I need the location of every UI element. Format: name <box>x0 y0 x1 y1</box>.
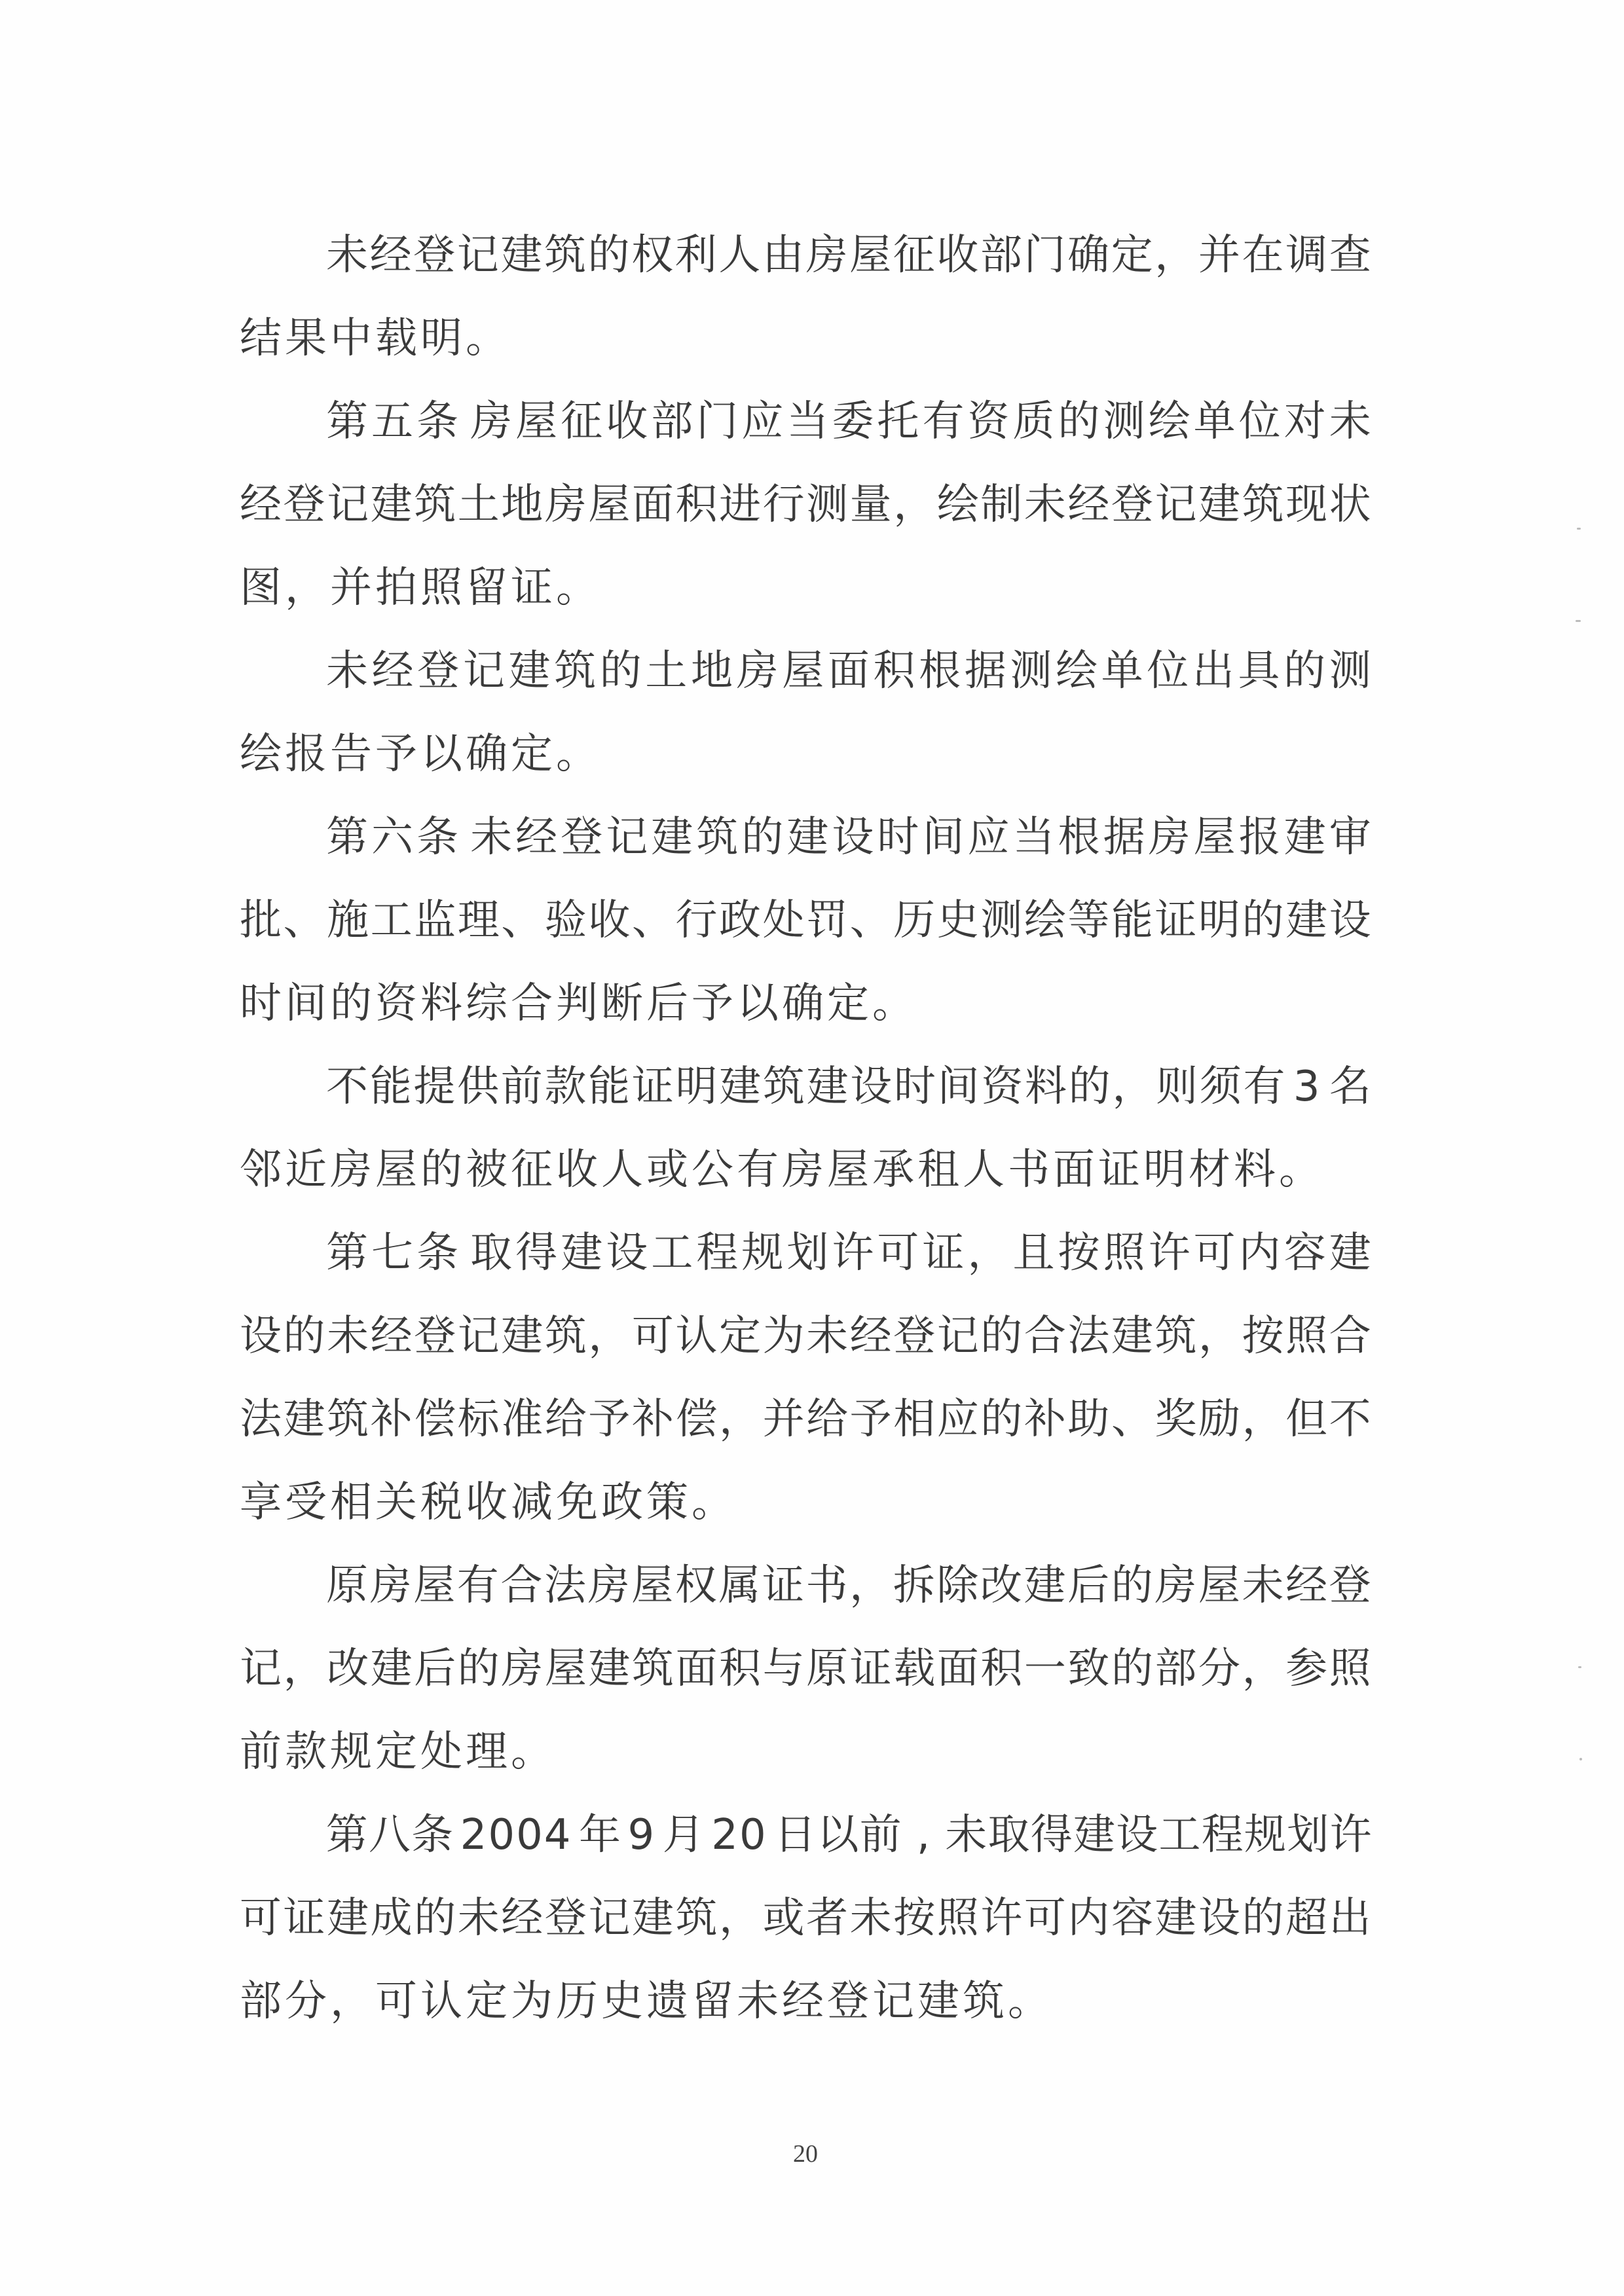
glyph: 经 <box>500 1889 544 1948</box>
glyph: 一 <box>1024 1639 1067 1698</box>
glyph: 明 <box>1198 891 1241 950</box>
glyph: ， <box>1111 1057 1154 1116</box>
glyph: 建 <box>1073 1806 1115 1865</box>
glyph: 料 <box>1233 1140 1276 1199</box>
glyph: 具 <box>1238 642 1281 701</box>
glyph: 登 <box>560 808 603 867</box>
glyph: 建 <box>650 808 693 867</box>
body-text: 未经登记建筑的权利人由房屋征收部门确定，并在调查 结果中载明。 第五条房屋征收部… <box>239 226 1372 2055</box>
glyph: 建 <box>786 808 829 867</box>
glyph: 收 <box>936 226 979 285</box>
glyph: 记 <box>1154 475 1197 534</box>
glyph: 确 <box>781 974 824 1033</box>
glyph: 后 <box>646 974 689 1033</box>
glyph: 现 <box>1285 475 1328 534</box>
glyph: 收 <box>465 1473 508 1532</box>
glyph: 未 <box>1329 392 1372 451</box>
glyph: 设 <box>1198 1889 1241 1948</box>
glyph: 建 <box>1111 1307 1154 1366</box>
glyph: 合 <box>1024 1307 1067 1366</box>
glyph: 。 <box>465 309 508 368</box>
glyph: 确 <box>465 725 508 784</box>
article-7-line: 第七条取得建设工程规划许可证，且按照许可内容建 <box>239 1224 1372 1307</box>
glyph: 监 <box>413 891 456 950</box>
glyph: 历 <box>555 1972 599 2031</box>
glyph: 积 <box>980 1639 1023 1698</box>
glyph: 致 <box>1067 1639 1110 1698</box>
glyph: 建 <box>587 1639 631 1698</box>
glyph: 未 <box>1024 475 1067 534</box>
glyph: 时 <box>876 808 919 867</box>
glyph: ， <box>1198 1307 1241 1366</box>
glyph: 划 <box>1287 1806 1329 1865</box>
glyph: 定 <box>1111 226 1154 285</box>
glyph: 助 <box>1067 1390 1110 1449</box>
glyph: 或 <box>646 1140 689 1199</box>
glyph: 经 <box>239 475 282 534</box>
glyph: 改 <box>326 1639 369 1698</box>
glyph: 屋 <box>544 1639 587 1698</box>
glyph: 规 <box>1244 1806 1286 1865</box>
text-line: 记，改建后的房屋建筑面积与原证载面积一致的部分，参照 <box>239 1639 1372 1722</box>
glyph: ， <box>718 1889 762 1948</box>
glyph: 相 <box>329 1473 373 1532</box>
glyph: 近 <box>284 1140 327 1199</box>
glyph: 的 <box>283 1307 326 1366</box>
glyph: 、 <box>849 891 893 950</box>
glyph: 条 <box>416 1224 459 1283</box>
glyph: 登 <box>1329 1556 1372 1615</box>
scan-speck <box>1578 1666 1581 1668</box>
glyph: 据 <box>1103 808 1146 867</box>
glyph: 面 <box>1052 1140 1096 1199</box>
glyph: 质 <box>1012 392 1056 451</box>
glyph: 工 <box>1158 1806 1201 1865</box>
glyph: 屋 <box>826 1140 870 1199</box>
glyph: 条 <box>411 1806 454 1865</box>
glyph: 处 <box>762 891 805 950</box>
glyph: 五 <box>371 392 414 451</box>
glyph: 当 <box>786 392 829 451</box>
glyph: 土 <box>644 642 688 701</box>
glyph: 条 <box>416 392 459 451</box>
glyph: 时 <box>239 974 282 1033</box>
glyph: 屋 <box>849 226 892 285</box>
glyph: 有 <box>736 1140 779 1199</box>
glyph: 。 <box>555 558 599 617</box>
glyph: 划 <box>786 1224 829 1283</box>
glyph: 制 <box>980 475 1023 534</box>
glyph: 建 <box>631 1889 674 1948</box>
glyph: 登 <box>1111 475 1154 534</box>
glyph: 取 <box>987 1806 1030 1865</box>
glyph: 不 <box>325 1057 369 1116</box>
glyph: 施 <box>326 891 369 950</box>
glyph: 建 <box>1024 1556 1067 1615</box>
glyph: 设 <box>831 808 874 867</box>
glyph: 屋 <box>1193 808 1236 867</box>
glyph: 提 <box>413 1057 456 1116</box>
glyph: 。 <box>510 1722 553 1781</box>
glyph: 2004 <box>460 1806 572 1865</box>
glyph: 等 <box>1067 891 1110 950</box>
glyph: 建 <box>560 1224 603 1283</box>
glyph: 。 <box>691 1473 734 1532</box>
glyph: 进 <box>718 475 762 534</box>
glyph: 屋 <box>375 1140 418 1199</box>
glyph: 屋 <box>631 1556 674 1615</box>
glyph: 、 <box>1111 1390 1154 1449</box>
glyph: 筑 <box>962 1972 1005 2031</box>
glyph: 据 <box>964 642 1007 701</box>
glyph: 、 <box>283 891 326 950</box>
text-line: 邻近房屋的被征收人或公有房屋承租人书面证明材料。 <box>239 1140 1372 1224</box>
glyph: 人 <box>962 1140 1005 1199</box>
glyph: 登 <box>544 1889 587 1948</box>
glyph: 证 <box>510 558 553 617</box>
glyph: 利 <box>674 226 718 285</box>
glyph: 可 <box>876 1224 919 1283</box>
glyph: 日 <box>774 1806 817 1865</box>
glyph: 未 <box>736 1972 779 2031</box>
glyph: 拆 <box>893 1556 936 1615</box>
glyph: 偿 <box>413 1390 456 1449</box>
glyph: 位 <box>1238 392 1282 451</box>
glyph: 的 <box>329 974 373 1033</box>
glyph: 偿 <box>674 1390 718 1449</box>
glyph: 的 <box>1111 1556 1154 1615</box>
glyph: 未 <box>325 226 369 285</box>
glyph: 可 <box>1193 1224 1236 1283</box>
glyph: 批 <box>239 891 282 950</box>
glyph: 经 <box>1285 1556 1328 1615</box>
glyph: 房 <box>329 1140 373 1199</box>
glyph: 未 <box>457 1889 500 1948</box>
glyph: 收 <box>555 1140 599 1199</box>
glyph: 筑 <box>553 642 597 701</box>
glyph: ， <box>1154 226 1197 285</box>
text-line: 经登记建筑土地房屋面积进行测量，绘制未经登记建筑现状 <box>239 475 1372 558</box>
glyph: 经 <box>1067 475 1110 534</box>
glyph: 未 <box>470 808 513 867</box>
glyph: 绘 <box>239 725 282 784</box>
glyph: 房 <box>500 1639 544 1698</box>
glyph: 当 <box>1012 808 1056 867</box>
glyph: 照 <box>1329 1639 1372 1698</box>
glyph: 能 <box>369 1057 413 1116</box>
glyph: 公 <box>691 1140 734 1199</box>
glyph: 房 <box>781 1140 824 1199</box>
glyph: 经 <box>370 1307 413 1366</box>
glyph: 给 <box>544 1390 587 1449</box>
glyph: 未 <box>325 642 369 701</box>
glyph: 土 <box>457 475 500 534</box>
glyph: 房 <box>805 226 849 285</box>
glyph: 收 <box>605 392 648 451</box>
glyph: 改 <box>980 1556 1023 1615</box>
glyph: 房 <box>736 642 779 701</box>
glyph: 款 <box>544 1057 587 1116</box>
text-line: 结果中载明。 <box>239 309 1372 392</box>
glyph: 超 <box>1285 1889 1328 1948</box>
glyph: 明 <box>675 1057 718 1116</box>
glyph: 以 <box>420 725 463 784</box>
glyph: 经 <box>515 808 558 867</box>
glyph: 按 <box>1242 1307 1285 1366</box>
glyph: 记 <box>936 1307 980 1366</box>
glyph: 关 <box>375 1473 418 1532</box>
glyph: 理 <box>457 891 500 950</box>
glyph: 取 <box>470 1224 513 1283</box>
glyph: 测 <box>1329 642 1372 701</box>
glyph: 照 <box>1285 1307 1328 1366</box>
glyph: 时 <box>893 1057 936 1116</box>
glyph: 筑 <box>762 1057 805 1116</box>
glyph: 状 <box>1329 475 1372 534</box>
glyph: 许 <box>1329 1806 1372 1865</box>
glyph: 部 <box>980 226 1023 285</box>
glyph: 并 <box>1198 226 1241 285</box>
glyph: 容 <box>1283 1224 1327 1283</box>
glyph: 可 <box>631 1307 674 1366</box>
glyph: 的 <box>980 1307 1023 1366</box>
glyph: 合 <box>1329 1307 1372 1366</box>
glyph: 程 <box>1201 1806 1244 1865</box>
document-page: 未经登记建筑的权利人由房屋征收部门确定，并在调查 结果中载明。 第五条房屋征收部… <box>0 0 1624 2296</box>
glyph: 记 <box>587 1889 631 1948</box>
glyph: 间 <box>937 1057 980 1116</box>
glyph: 地 <box>690 642 733 701</box>
glyph: 。 <box>1278 1140 1321 1199</box>
glyph: 相 <box>893 1390 936 1449</box>
glyph: 或 <box>762 1889 805 1948</box>
glyph: 征 <box>510 1140 553 1199</box>
glyph: ， <box>329 1972 373 2031</box>
glyph: 准 <box>500 1390 544 1449</box>
glyph: 则 <box>1155 1057 1198 1116</box>
glyph: 补 <box>631 1390 674 1449</box>
glyph: 给 <box>805 1390 849 1449</box>
glyph: 未 <box>805 1307 849 1366</box>
glyph: 屋 <box>515 392 558 451</box>
glyph: 测 <box>805 475 849 534</box>
glyph: 审 <box>1329 808 1372 867</box>
text-line: 前款规定处理。 <box>239 1722 1372 1806</box>
glyph: 果 <box>284 309 327 368</box>
glyph: 对 <box>1283 392 1327 451</box>
glyph: 。 <box>872 974 915 1033</box>
glyph: 的 <box>741 808 784 867</box>
glyph: 后 <box>1067 1556 1110 1615</box>
glyph: 设 <box>605 1224 648 1283</box>
glyph: 的 <box>1058 392 1101 451</box>
glyph: 面 <box>936 1639 980 1698</box>
glyph: 除 <box>936 1556 979 1615</box>
glyph: 记 <box>456 226 500 285</box>
glyph: ， <box>967 1224 1010 1283</box>
glyph: ， <box>283 1639 326 1698</box>
glyph: 得 <box>1030 1806 1073 1865</box>
glyph: 以 <box>736 974 779 1033</box>
glyph: 单 <box>1193 392 1236 451</box>
glyph: 补 <box>370 1390 413 1449</box>
glyph: 月 <box>662 1806 705 1865</box>
glyph: 、 <box>500 891 544 950</box>
glyph: 承 <box>872 1140 915 1199</box>
glyph: 予 <box>691 974 734 1033</box>
glyph: 应 <box>967 808 1010 867</box>
glyph: 并 <box>762 1390 805 1449</box>
glyph: 政 <box>718 891 762 950</box>
glyph: 与 <box>762 1639 805 1698</box>
glyph: 筑 <box>695 808 739 867</box>
glyph: 。 <box>1007 1972 1050 2031</box>
glyph: 资 <box>980 1057 1024 1116</box>
glyph: 屋 <box>587 475 631 534</box>
glyph: 根 <box>1058 808 1101 867</box>
glyph: 有 <box>1242 1057 1285 1116</box>
glyph: 测 <box>980 891 1023 950</box>
glyph: 法 <box>239 1390 282 1449</box>
glyph: 的 <box>1283 642 1326 701</box>
glyph: 者 <box>805 1889 849 1948</box>
glyph: 地 <box>500 475 544 534</box>
glyph: ， <box>1242 1639 1285 1698</box>
text-line: 批、施工监理、验收、行政处罚、历史测绘等能证明的建设 <box>239 891 1372 974</box>
glyph: 税 <box>420 1473 463 1532</box>
glyph: 明 <box>1143 1140 1186 1199</box>
glyph: 认 <box>420 1972 463 2031</box>
glyph: 出 <box>1192 642 1235 701</box>
glyph: 证 <box>762 1556 805 1615</box>
glyph: 的 <box>413 1889 456 1948</box>
glyph: 未 <box>849 1889 893 1948</box>
glyph: 应 <box>741 392 784 451</box>
glyph: 部 <box>1154 1639 1197 1698</box>
glyph: 条 <box>416 808 459 867</box>
glyph: 建 <box>1154 1889 1197 1948</box>
glyph: 报 <box>1238 808 1282 867</box>
glyph: 程 <box>695 1224 739 1283</box>
glyph: 屋 <box>413 1556 456 1615</box>
glyph: 证 <box>849 1639 893 1698</box>
glyph: 补 <box>1024 1390 1067 1449</box>
glyph: 建 <box>1283 808 1327 867</box>
glyph: 筑 <box>413 475 456 534</box>
glyph: ， <box>284 558 327 617</box>
glyph: 享 <box>239 1473 282 1532</box>
glyph: 设 <box>849 1057 893 1116</box>
glyph: ， <box>849 1556 892 1615</box>
glyph: 在 <box>1241 226 1284 285</box>
glyph: 免 <box>555 1473 599 1532</box>
glyph: 建 <box>718 1057 762 1116</box>
glyph: 工 <box>370 891 413 950</box>
glyph: 绘 <box>936 475 980 534</box>
glyph: 明 <box>420 309 463 368</box>
glyph: 绘 <box>1148 392 1191 451</box>
glyph: 建 <box>370 475 413 534</box>
glyph: 料 <box>1024 1057 1067 1116</box>
glyph: 原 <box>325 1556 369 1615</box>
glyph: 史 <box>936 891 980 950</box>
glyph: 人 <box>600 1140 644 1199</box>
text-line: 图，并拍照留证。 <box>239 558 1372 642</box>
glyph: 的 <box>980 1390 1023 1449</box>
glyph: 属 <box>718 1556 761 1615</box>
glyph: 筑 <box>326 1390 369 1449</box>
text-line: 不能提供前款能证明建筑建设时间资料的，则须有3名 <box>239 1057 1372 1140</box>
glyph: 名 <box>1329 1057 1372 1116</box>
glyph: 面 <box>631 475 674 534</box>
glyph: 第 <box>325 392 369 451</box>
glyph: 规 <box>741 1224 784 1283</box>
glyph: 房 <box>369 1556 413 1615</box>
glyph: 载 <box>893 1639 936 1698</box>
glyph: 人 <box>718 226 761 285</box>
glyph: 定 <box>826 974 870 1033</box>
glyph: 面 <box>674 1639 718 1698</box>
glyph: 法 <box>544 1556 587 1615</box>
glyph: 分 <box>1198 1639 1241 1698</box>
text-line: 未经登记建筑的土地房屋面积根据测绘单位出具的测 <box>239 642 1372 725</box>
glyph: 定 <box>375 1722 418 1781</box>
glyph: 政 <box>600 1473 644 1532</box>
glyph: 建 <box>1285 891 1328 950</box>
glyph: 图 <box>239 558 282 617</box>
glyph: 门 <box>1024 226 1067 285</box>
glyph: 筑 <box>544 226 587 285</box>
glyph: 间 <box>921 808 965 867</box>
page-number: 20 <box>786 2140 825 2168</box>
glyph: 参 <box>1285 1639 1328 1698</box>
glyph: 筑 <box>544 1307 587 1366</box>
glyph: 查 <box>1329 226 1372 285</box>
glyph: 间 <box>284 974 327 1033</box>
glyph: 被 <box>465 1140 508 1199</box>
glyph: 留 <box>691 1972 734 2031</box>
glyph: 建 <box>370 1639 413 1698</box>
glyph: 房 <box>470 392 513 451</box>
glyph: 3 <box>1293 1057 1321 1116</box>
glyph: 判 <box>555 974 599 1033</box>
glyph: 能 <box>1111 891 1154 950</box>
glyph: 材 <box>1188 1140 1231 1199</box>
glyph: 出 <box>1329 1889 1372 1948</box>
glyph: 设 <box>1116 1806 1158 1865</box>
glyph: 内 <box>1238 1224 1282 1283</box>
text-line: 法建筑补偿标准给予补偿，并给予相应的补助、奖励，但不 <box>239 1390 1372 1473</box>
glyph: 、 <box>631 891 674 950</box>
glyph: 予 <box>375 725 418 784</box>
glyph: 原 <box>805 1639 849 1698</box>
glyph: 标 <box>457 1390 500 1449</box>
glyph: 绘 <box>1024 891 1067 950</box>
text-line: 绘报告予以确定。 <box>239 725 1372 808</box>
glyph: 料 <box>420 974 463 1033</box>
glyph: 未 <box>945 1806 987 1865</box>
glyph: 款 <box>284 1722 327 1781</box>
glyph: 面 <box>827 642 870 701</box>
glyph: 行 <box>762 475 805 534</box>
glyph: 的 <box>1242 1889 1285 1948</box>
glyph: 的 <box>599 642 642 701</box>
glyph: 按 <box>1058 1224 1101 1283</box>
glyph: 可 <box>1024 1889 1067 1948</box>
glyph: 成 <box>370 1889 413 1948</box>
glyph: 照 <box>420 558 463 617</box>
article-5-line: 第五条房屋征收部门应当委托有资质的测绘单位对未 <box>239 392 1372 475</box>
